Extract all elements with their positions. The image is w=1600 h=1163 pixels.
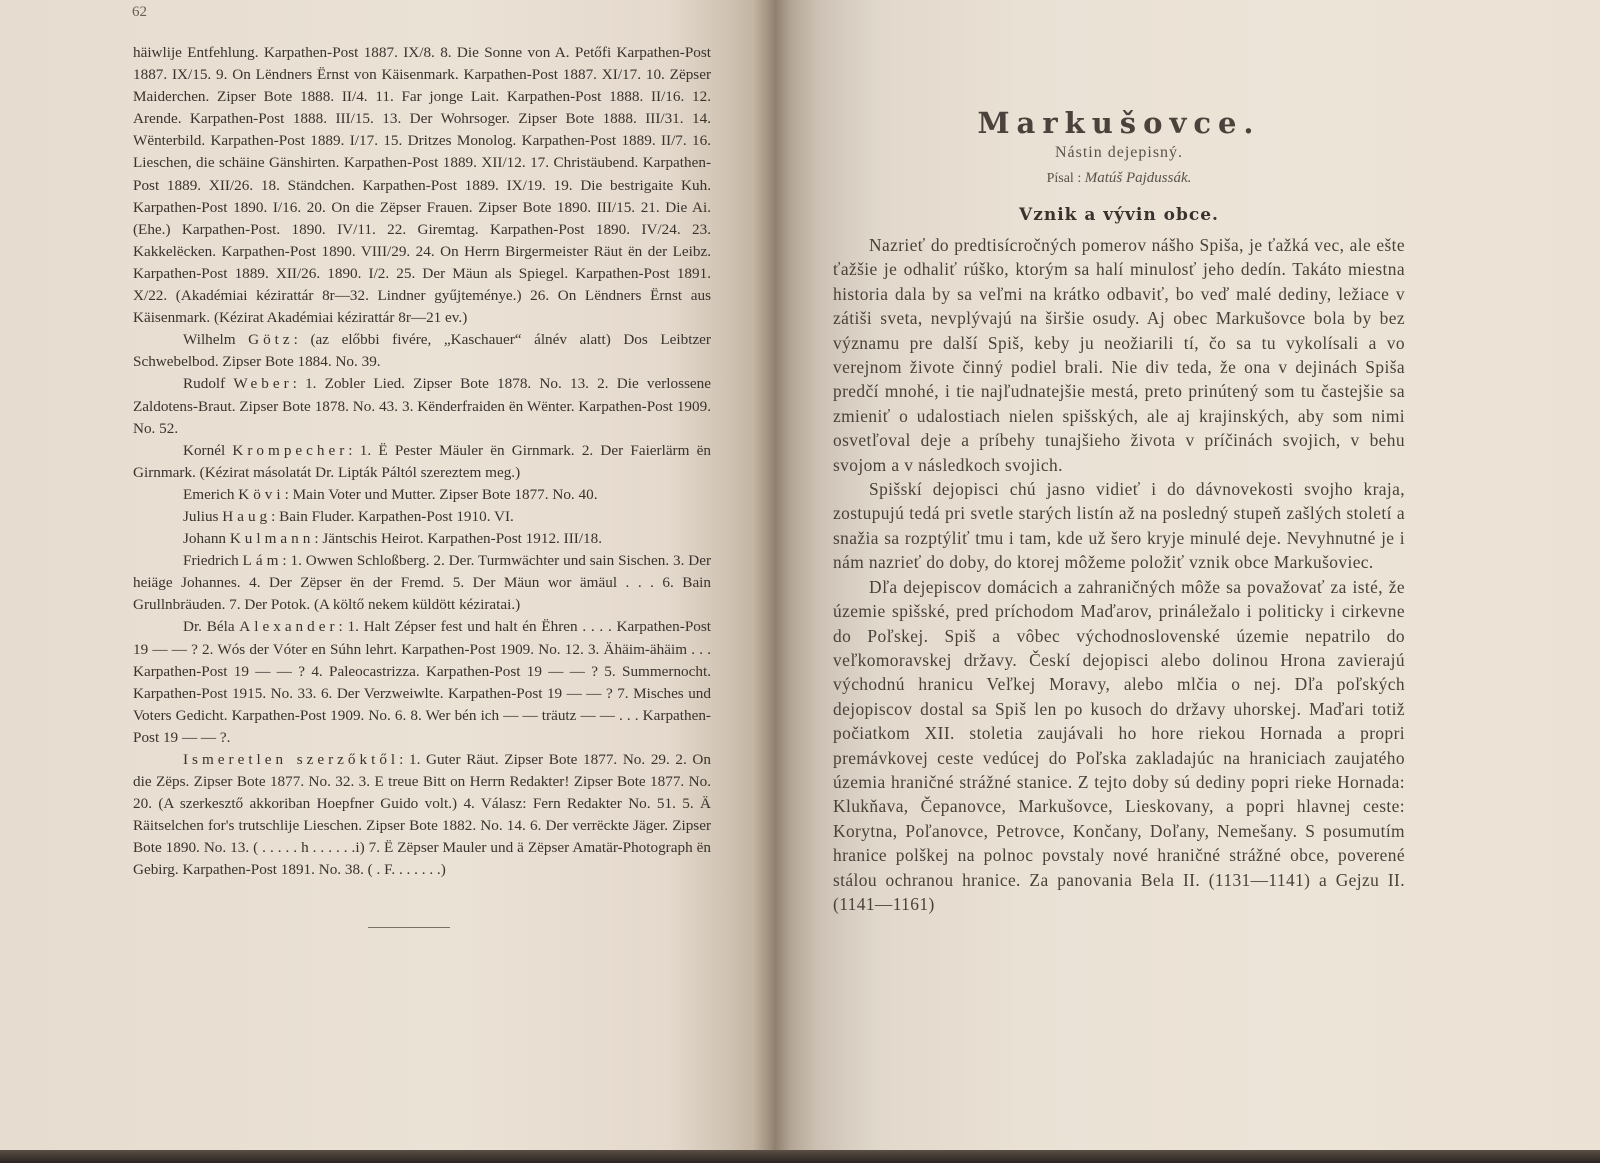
author-name: Matúš Pajdussák. xyxy=(1085,170,1192,186)
section-end-rule xyxy=(368,927,450,928)
bibliography-entry: Rudolf Weber: 1. Zobler Lied. Zipser Bot… xyxy=(133,373,711,439)
author-name: Krompecher xyxy=(232,442,348,459)
author-name: Haug xyxy=(222,508,271,525)
bibliography-entry: Friedrich Lám: 1. Owwen Schloßberg. 2. D… xyxy=(133,550,711,616)
bibliography-entry: Wilhelm Götz: (az előbbi fivére, „Kascha… xyxy=(133,329,711,373)
article: Markušovce. Nástin dejepisný. Písal : Ma… xyxy=(833,106,1405,916)
bibliography-entry: Dr. Béla Alexander: 1. Halt Zépser fest … xyxy=(133,616,711,749)
article-subtitle: Nástin dejepisný. xyxy=(833,144,1405,162)
bibliography-entry: Julius Haug: Bain Fluder. Karpathen-Post… xyxy=(133,506,711,528)
bibliography-entry: Johann Kulmann: Jäntschis Heirot. Karpat… xyxy=(133,528,711,550)
body-paragraph: Dľa dejepiscov domácich a zahraničných m… xyxy=(833,575,1405,917)
body-paragraph: Nazrieť do predtisícročných pomerov nášh… xyxy=(833,233,1405,477)
author-name: Kulmann xyxy=(230,530,315,547)
section-heading: Vznik a vývin obce. xyxy=(833,205,1405,225)
page-number: 62 xyxy=(132,4,147,21)
body-paragraph: Spišskí dejopisci chú jasno vidieť i do … xyxy=(833,477,1405,575)
article-body: Nazrieť do predtisícročných pomerov nášh… xyxy=(833,233,1405,916)
bibliography-entry: häiwlije Entfehlung. Karpathen-Post 1887… xyxy=(133,42,711,329)
article-title: Markušovce. xyxy=(833,106,1405,140)
author-name: Kövi xyxy=(238,486,284,503)
author-name: Ismeretlen szerzőktől xyxy=(183,751,399,768)
article-byline: Písal : Matúš Pajdussák. xyxy=(833,170,1405,187)
bibliography-list: häiwlije Entfehlung. Karpathen-Post 1887… xyxy=(133,42,711,882)
bibliography-entry: Kornél Krompecher: 1. Ë Pester Mäuler ën… xyxy=(133,440,711,484)
author-name: Alexander xyxy=(239,618,338,635)
author-name: Weber xyxy=(233,375,292,392)
author-label: Písal : xyxy=(1047,171,1082,186)
bibliography-entry: Ismeretlen szerzőktől: 1. Guter Räut. Zi… xyxy=(133,749,711,882)
book-spread: 62 häiwlije Entfehlung. Karpathen-Post 1… xyxy=(0,0,1600,1152)
left-page: 62 häiwlije Entfehlung. Karpathen-Post 1… xyxy=(0,0,760,1152)
bibliography-entry: Emerich Kövi: Main Voter und Mutter. Zip… xyxy=(133,484,711,506)
author-name: Lám xyxy=(243,552,283,569)
author-name: Götz xyxy=(248,331,294,348)
book-edge xyxy=(0,1150,1600,1163)
